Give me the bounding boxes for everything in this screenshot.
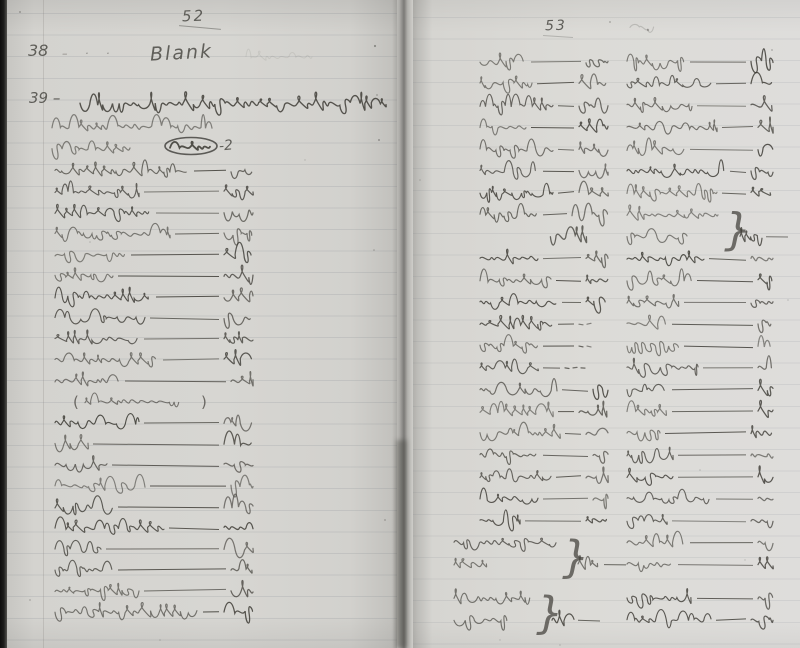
handwriting-stroke [751, 72, 772, 84]
handwriting-stroke [55, 268, 113, 282]
handwriting-stroke [751, 96, 772, 112]
handwriting-stroke [480, 401, 553, 416]
ledger-row [627, 72, 772, 87]
ledger-row: () [73, 393, 207, 411]
handwriting-stroke [224, 415, 252, 431]
ledger-row [480, 119, 608, 135]
handwriting-stroke [480, 183, 553, 202]
dash-stroke [144, 423, 219, 424]
ledger-row [627, 379, 773, 396]
handwriting-stroke [758, 593, 773, 609]
handwriting-stroke [758, 336, 770, 347]
ledger-row [480, 422, 608, 440]
handwriting-stroke [630, 24, 654, 32]
handwriting-stroke [224, 538, 253, 557]
ledger-row [627, 184, 771, 203]
handwriting-stroke [55, 287, 148, 307]
handwriting-stroke [480, 315, 552, 330]
handwriting-stroke [55, 181, 139, 198]
handwriting-stroke [593, 451, 608, 463]
dash-stroke [672, 324, 753, 325]
handwriting-stroke [480, 249, 538, 264]
ledger-row [55, 517, 253, 534]
ledger-row [55, 456, 253, 473]
dash-stroke [118, 569, 226, 570]
dash-stroke [558, 149, 574, 150]
handwriting-stroke [55, 456, 107, 472]
dash-stroke [716, 619, 746, 620]
handwriting-stroke [586, 60, 608, 67]
dash-stroke [697, 106, 746, 107]
handwriting-stroke [627, 54, 684, 71]
scan-speck [373, 249, 375, 251]
handwriting-stroke [224, 462, 253, 473]
handwriting-stroke [579, 164, 608, 178]
handwriting-stroke [627, 358, 698, 377]
dot-stroke [587, 323, 591, 324]
handwriting-stroke [627, 295, 679, 308]
scan-speck [19, 11, 21, 13]
ledger-row [480, 249, 608, 268]
handwriting-stroke [751, 616, 773, 629]
handwriting-stroke [55, 435, 88, 452]
ledger-row [627, 531, 773, 550]
handwriting-stroke [758, 400, 773, 417]
handwriting-stroke [480, 76, 532, 93]
handwriting-stroke [55, 204, 149, 221]
ledger-row [627, 295, 773, 308]
ledger-row [480, 335, 591, 353]
handwriting-stroke [751, 454, 773, 458]
handwriting-stroke [55, 583, 139, 600]
handwriting-stroke [627, 447, 673, 463]
ledger-row [627, 557, 773, 572]
ledger-row [627, 610, 773, 630]
scan-speck [384, 519, 386, 521]
ledger-row [55, 602, 253, 623]
dash-stroke [556, 476, 581, 478]
handwriting-stroke [586, 517, 606, 523]
handwriting-stroke [55, 223, 170, 241]
handwriting-stroke [579, 74, 606, 89]
ledger-row [55, 431, 251, 452]
handwriting-stroke [85, 393, 179, 407]
handwriting-stroke [55, 353, 155, 367]
dash-stroke [709, 259, 746, 261]
handwriting-stroke [758, 541, 773, 550]
handwriting-stroke [170, 142, 210, 150]
handwriting-stroke [627, 251, 704, 266]
handwriting-stroke [751, 300, 773, 307]
handwriting-stroke [758, 356, 771, 370]
handwriting-stroke [627, 75, 711, 87]
ledger-row [55, 580, 253, 600]
handwriting-stroke [758, 144, 773, 156]
brace-glyph: } [562, 532, 590, 583]
dash-stroke [543, 214, 567, 215]
handwriting-stroke [224, 313, 250, 328]
handwriting-stroke [55, 474, 145, 493]
handwriting-stroke [579, 142, 608, 156]
ledger-row [480, 488, 608, 509]
handwriting-stroke [224, 431, 251, 445]
handwriting-stroke [751, 167, 773, 179]
handwriting-stroke [758, 557, 773, 569]
ledger-row [480, 53, 608, 70]
handwriting-stroke [751, 49, 773, 73]
handwriting-stroke [627, 120, 717, 134]
handwriting-stroke [480, 488, 538, 504]
handwriting-stroke [627, 269, 691, 290]
ledger-row [627, 336, 770, 356]
handwriting-stroke [231, 170, 252, 179]
handwriting-stroke [55, 517, 164, 534]
dash-stroke [672, 411, 753, 412]
handwriting-stroke [480, 161, 535, 180]
handwriting-stroke [55, 496, 112, 515]
scan-speck [378, 139, 380, 141]
ledger-row [480, 449, 608, 464]
dash-stroke [163, 359, 219, 360]
handwriting-stroke [454, 558, 487, 567]
handwriting-stroke [579, 98, 608, 113]
handwriting-stroke [231, 475, 253, 497]
handwriting-stroke [224, 265, 253, 284]
scan-speck [499, 639, 500, 640]
dash-stroke [672, 521, 746, 522]
ledger-row [55, 160, 252, 179]
ledger-row [627, 315, 771, 332]
handwriting-stroke [627, 610, 711, 628]
handwriting-stroke [231, 372, 253, 386]
handwriting-stroke [627, 531, 683, 546]
paren-glyph: ) [201, 393, 207, 411]
handwriting-stroke [224, 185, 253, 200]
handwriting-stroke [586, 251, 608, 268]
ledger-row [480, 74, 606, 93]
handwriting-layer: ()}}} [0, 0, 800, 648]
handwriting-stroke [55, 160, 186, 177]
handwriting-stroke [55, 330, 137, 344]
ledger-row: } [454, 587, 600, 638]
handwriting-stroke [480, 269, 551, 288]
handwriting-stroke [627, 184, 717, 203]
scan-speck [609, 21, 611, 23]
handwriting-stroke [480, 119, 526, 135]
bleed-through-marks [246, 49, 312, 60]
handwriting-stroke [55, 603, 197, 622]
dash-stroke [678, 565, 753, 566]
handwriting-stroke [480, 422, 560, 440]
handwriting-stroke [55, 414, 139, 429]
ledger-row [627, 489, 773, 503]
handwriting-stroke [751, 256, 773, 260]
ledger-row [55, 309, 250, 328]
ledger-row [627, 96, 772, 113]
handwriting-stroke [55, 372, 118, 386]
handwriting-stroke [224, 210, 253, 221]
handwriting-stroke [758, 274, 772, 290]
dash-stroke [131, 254, 219, 255]
handwriting-stroke [627, 563, 671, 572]
handwriting-stroke [224, 494, 253, 514]
handwriting-stroke [52, 141, 130, 159]
dot-stroke [573, 367, 577, 368]
ledger-row [480, 161, 608, 180]
dash-stroke [690, 149, 753, 150]
brace-glyph: } [724, 204, 752, 255]
ledger-row [55, 287, 253, 307]
ledger-row [55, 474, 253, 496]
ledger-row [480, 269, 608, 288]
ledger-row [55, 494, 253, 515]
handwriting-stroke [586, 467, 608, 483]
handwriting-stroke [231, 560, 252, 573]
handwriting-stroke [224, 523, 253, 530]
dash-stroke [531, 128, 574, 129]
handwriting-stroke [579, 119, 608, 132]
handwriting-stroke [586, 275, 608, 283]
handwriting-stroke [224, 602, 253, 623]
handwriting-stroke [627, 341, 678, 355]
dot-stroke [579, 346, 583, 347]
handwriting-stroke [480, 359, 538, 374]
handwriting-stroke [480, 204, 536, 223]
dash-stroke [118, 507, 219, 508]
handwriting-stroke [480, 379, 557, 397]
handwriting-stroke [480, 469, 551, 482]
handwriting-stroke [55, 540, 101, 555]
handwriting-stroke [586, 428, 608, 435]
handwriting-stroke [627, 160, 724, 178]
ledger-subheading [550, 226, 586, 245]
dash-stroke [93, 444, 219, 445]
handwriting-stroke [480, 294, 556, 310]
ledger-row [627, 138, 773, 156]
dash-stroke [558, 192, 574, 194]
handwriting-stroke [52, 115, 212, 133]
ledger-row [55, 265, 253, 284]
handwriting-stroke [627, 384, 664, 396]
ledger-row [480, 94, 608, 115]
handwriting-stroke [627, 138, 684, 155]
scan-speck [89, 241, 91, 243]
scan-speck [304, 159, 305, 160]
scan-speck [744, 559, 745, 560]
dash-stroke [722, 193, 746, 194]
scan-speck [559, 644, 561, 646]
dot-stroke [565, 368, 569, 369]
route-heading [52, 92, 386, 159]
handwriting-stroke [627, 589, 691, 608]
handwriting-stroke [627, 489, 709, 503]
handwriting-stroke [550, 226, 586, 245]
dash-stroke [175, 233, 219, 234]
ledger-row [627, 589, 773, 610]
handwriting-stroke [627, 229, 687, 245]
dash-stroke [543, 498, 588, 499]
dash-stroke [150, 318, 219, 320]
dash-stroke [144, 338, 219, 339]
dot-stroke [579, 324, 583, 325]
ledger-row [55, 181, 253, 200]
dash-stroke [118, 276, 219, 277]
ledger-row [480, 294, 605, 313]
ledger-row [480, 379, 608, 400]
dash-stroke [565, 434, 581, 435]
handwriting-stroke [454, 616, 507, 631]
dash-stroke [665, 432, 746, 434]
scan-speck [771, 49, 773, 51]
dash-stroke [543, 455, 588, 456]
handwriting-stroke [627, 205, 718, 220]
ledger-row [480, 315, 591, 330]
handwriting-stroke [627, 98, 692, 113]
ledger-row [55, 350, 251, 367]
dash-stroke [556, 281, 581, 282]
ghost-mark [630, 24, 654, 32]
scan-speck [787, 299, 789, 301]
ledger-row [627, 117, 773, 134]
handwriting-stroke [224, 288, 253, 302]
scan-speck [376, 94, 378, 96]
dash-stroke [125, 381, 226, 382]
ledger-row [627, 160, 773, 180]
handwriting-stroke [627, 468, 673, 485]
handwriting-stroke [55, 309, 145, 324]
ledger-row [627, 49, 773, 73]
handwriting-stroke [480, 510, 520, 531]
ledger-row [55, 538, 253, 557]
dash-stroke [531, 61, 581, 62]
dash-stroke [156, 296, 219, 297]
handwriting-stroke [758, 320, 771, 332]
handwriting-stroke [224, 350, 251, 366]
ledger-row [55, 223, 252, 245]
ledger-row [55, 560, 252, 577]
handwriting-stroke [627, 315, 665, 329]
ledger-row [627, 356, 771, 378]
handwriting-stroke [579, 401, 607, 417]
ledger-row [480, 203, 608, 226]
ledger-row [627, 466, 773, 485]
dash-stroke [562, 390, 588, 391]
ledger-row [55, 204, 253, 221]
ledger-row [627, 514, 773, 528]
ledger-row [480, 359, 585, 374]
dot-stroke [587, 346, 591, 347]
scan-speck [159, 639, 161, 641]
handwriting-stroke [758, 117, 773, 133]
handwriting-stroke [758, 379, 773, 396]
dash-stroke [684, 346, 753, 348]
handwriting-stroke [55, 251, 124, 262]
ledger-row [627, 426, 772, 441]
ledger-row [55, 372, 253, 386]
ledger-row [480, 467, 608, 483]
handwriting-stroke [627, 514, 667, 528]
handwriting-stroke [224, 242, 251, 262]
dash-stroke [578, 620, 600, 621]
handwriting-stroke [454, 538, 556, 551]
dash-stroke [144, 589, 226, 591]
handwriting-stroke [480, 335, 537, 353]
handwriting-stroke [480, 53, 523, 70]
dash-stroke [543, 258, 581, 259]
handwriting-stroke [246, 49, 312, 60]
dash-stroke [697, 281, 753, 282]
handwriting-stroke [593, 494, 608, 508]
dash-stroke [169, 528, 219, 530]
dash-stroke [112, 465, 219, 466]
handwriting-stroke [593, 385, 608, 399]
scan-speck [29, 599, 31, 601]
ledger-row [480, 401, 607, 417]
scan-speck [419, 179, 421, 181]
handwriting-stroke [480, 139, 553, 158]
dash-stroke [144, 191, 219, 192]
paren-glyph: ( [73, 393, 79, 411]
ledger-row [480, 510, 606, 531]
handwriting-stroke [480, 94, 553, 115]
ledger-row [480, 139, 608, 158]
ledger-row: } [454, 532, 626, 583]
ledger-row [627, 269, 772, 290]
dash-stroke [716, 83, 746, 84]
dash-stroke [722, 127, 753, 128]
handwriting-stroke [758, 466, 773, 483]
dash-stroke [730, 171, 746, 172]
handwriting-stroke [572, 203, 608, 226]
scanned-notebook-spread: 52 53 38 – · · Blank 39 – -2 ()}}} [0, 0, 800, 648]
handwriting-stroke [579, 181, 608, 196]
handwriting-stroke [627, 430, 660, 441]
handwriting-stroke [80, 92, 386, 115]
ledger-row: } [627, 204, 788, 255]
handwriting-stroke [758, 497, 773, 500]
scan-speck [699, 469, 701, 471]
dash-stroke [697, 598, 753, 599]
ledger-row [627, 400, 773, 417]
handwriting-stroke [454, 589, 530, 605]
dash-stroke [194, 170, 226, 171]
handwriting-stroke [224, 332, 253, 344]
ledger-row [55, 330, 253, 344]
dash-stroke [558, 106, 574, 107]
handwriting-stroke [751, 187, 771, 196]
ledger-row [627, 447, 773, 463]
ledger-row [55, 242, 251, 262]
ledger-row [55, 414, 252, 432]
handwriting-stroke [751, 520, 773, 528]
handwriting-stroke [586, 297, 605, 313]
dash-stroke [537, 82, 574, 83]
handwriting-stroke [480, 449, 536, 464]
handwriting-stroke [231, 580, 253, 596]
scan-speck [374, 45, 376, 47]
ledger-row [480, 181, 608, 202]
handwriting-stroke [627, 401, 666, 416]
handwriting-stroke [55, 560, 112, 576]
dash-stroke [672, 389, 753, 390]
handwriting-stroke [751, 426, 772, 438]
